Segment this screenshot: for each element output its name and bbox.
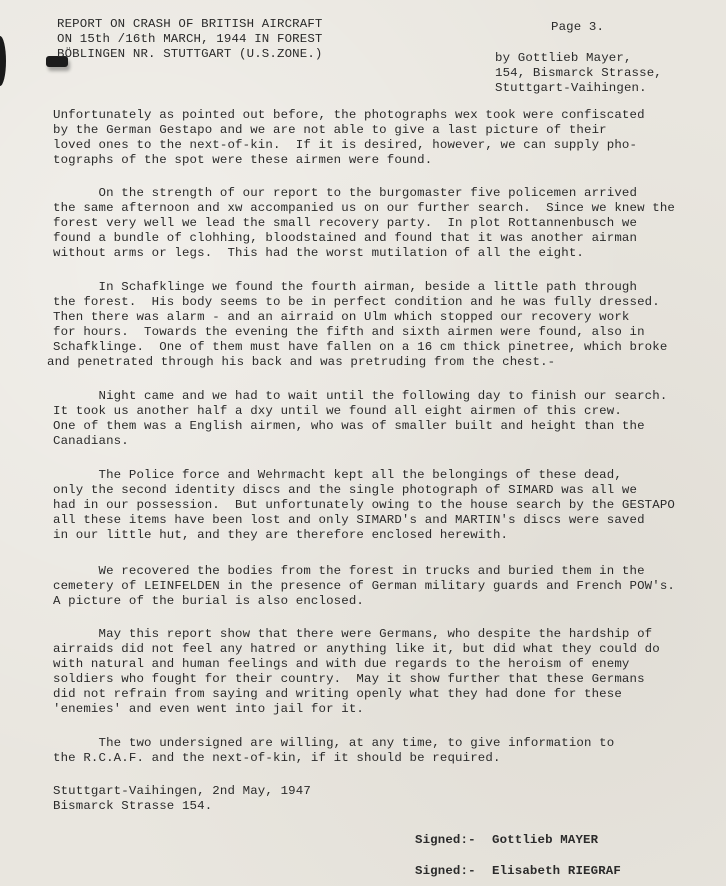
- place-date: Stuttgart-Vaihingen, 2nd May, 1947: [53, 784, 311, 799]
- title-line: REPORT ON CRASH OF BRITISH AIRCRAFT: [57, 17, 323, 32]
- text-line: only the second identity discs and the s…: [53, 483, 637, 498]
- text-line: Unfortunately as pointed out before, the…: [53, 108, 645, 123]
- text-line: loved ones to the next-of-kin. If it is …: [53, 138, 637, 153]
- text-line: by the German Gestapo and we are not abl…: [53, 123, 607, 138]
- signatory-name: Gottlieb MAYER: [492, 833, 598, 848]
- text-line: May this report show that there were Ger…: [53, 627, 652, 642]
- author-line: 154, Bismarck Strasse,: [495, 66, 662, 81]
- text-line: The two undersigned are willing, at any …: [53, 736, 614, 751]
- text-line: the R.C.A.F. and the next-of-kin, if it …: [53, 751, 501, 766]
- text-line: In Schafklinge we found the fourth airma…: [53, 280, 637, 295]
- text-line: airraids did not feel any hatred or anyt…: [53, 642, 660, 657]
- author-line: Stuttgart-Vaihingen.: [495, 81, 647, 96]
- text-line: had in our possession. But unfortunately…: [53, 498, 675, 513]
- title-line: ON 15th /16th MARCH, 1944 IN FOREST: [57, 32, 323, 47]
- text-line: and penetrated through his back and was …: [47, 355, 555, 370]
- text-line: with natural and human feelings and with…: [53, 657, 630, 672]
- text-line: The Police force and Wehrmacht kept all …: [53, 468, 622, 483]
- text-line: cemetery of LEINFELDEN in the presence o…: [53, 579, 675, 594]
- text-line: found a bundle of clohhing, bloodstained…: [53, 231, 637, 246]
- text-line: On the strength of our report to the bur…: [53, 186, 637, 201]
- address: Bismarck Strasse 154.: [53, 799, 212, 814]
- text-line: forest very well we lead the small recov…: [53, 216, 637, 231]
- title-line: BÖBLINGEN NR. STUTTGART (U.S.ZONE.): [57, 47, 323, 62]
- signatory-name: Elisabeth RIEGRAF: [492, 864, 621, 879]
- text-line: soldiers who fought for their country. M…: [53, 672, 645, 687]
- page-number: Page 3.: [551, 20, 604, 35]
- text-line: in our little hut, and they are therefor…: [53, 528, 508, 543]
- text-line: One of them was a English airmen, who wa…: [53, 419, 645, 434]
- text-line: all these items have been lost and only …: [53, 513, 645, 528]
- text-line: tographs of the spot were these airmen w…: [53, 153, 432, 168]
- text-line: for hours. Towards the evening the fifth…: [53, 325, 645, 340]
- text-line: Canadians.: [53, 434, 129, 449]
- text-line: the same afternoon and xw accompanied us…: [53, 201, 675, 216]
- signature-label: Signed:-: [415, 864, 476, 879]
- text-line: the forest. His body seems to be in perf…: [53, 295, 660, 310]
- text-line: did not refrain from saying and writing …: [53, 687, 622, 702]
- text-line: Night came and we had to wait until the …: [53, 389, 667, 404]
- text-line: It took us another half a dxy until we f…: [53, 404, 622, 419]
- text-line: without arms or legs. This had the worst…: [53, 246, 584, 261]
- text-line: A picture of the burial is also enclosed…: [53, 594, 364, 609]
- text-line: We recovered the bodies from the forest …: [53, 564, 645, 579]
- text-line: Schafklinge. One of them must have falle…: [53, 340, 667, 355]
- text-line: Then there was alarm - and an airraid on…: [53, 310, 630, 325]
- author-line: by Gottlieb Mayer,: [495, 51, 632, 66]
- binding-mark: [0, 36, 6, 86]
- signature-label: Signed:-: [415, 833, 476, 848]
- text-line: 'enemies' and even went into jail for it…: [53, 702, 364, 717]
